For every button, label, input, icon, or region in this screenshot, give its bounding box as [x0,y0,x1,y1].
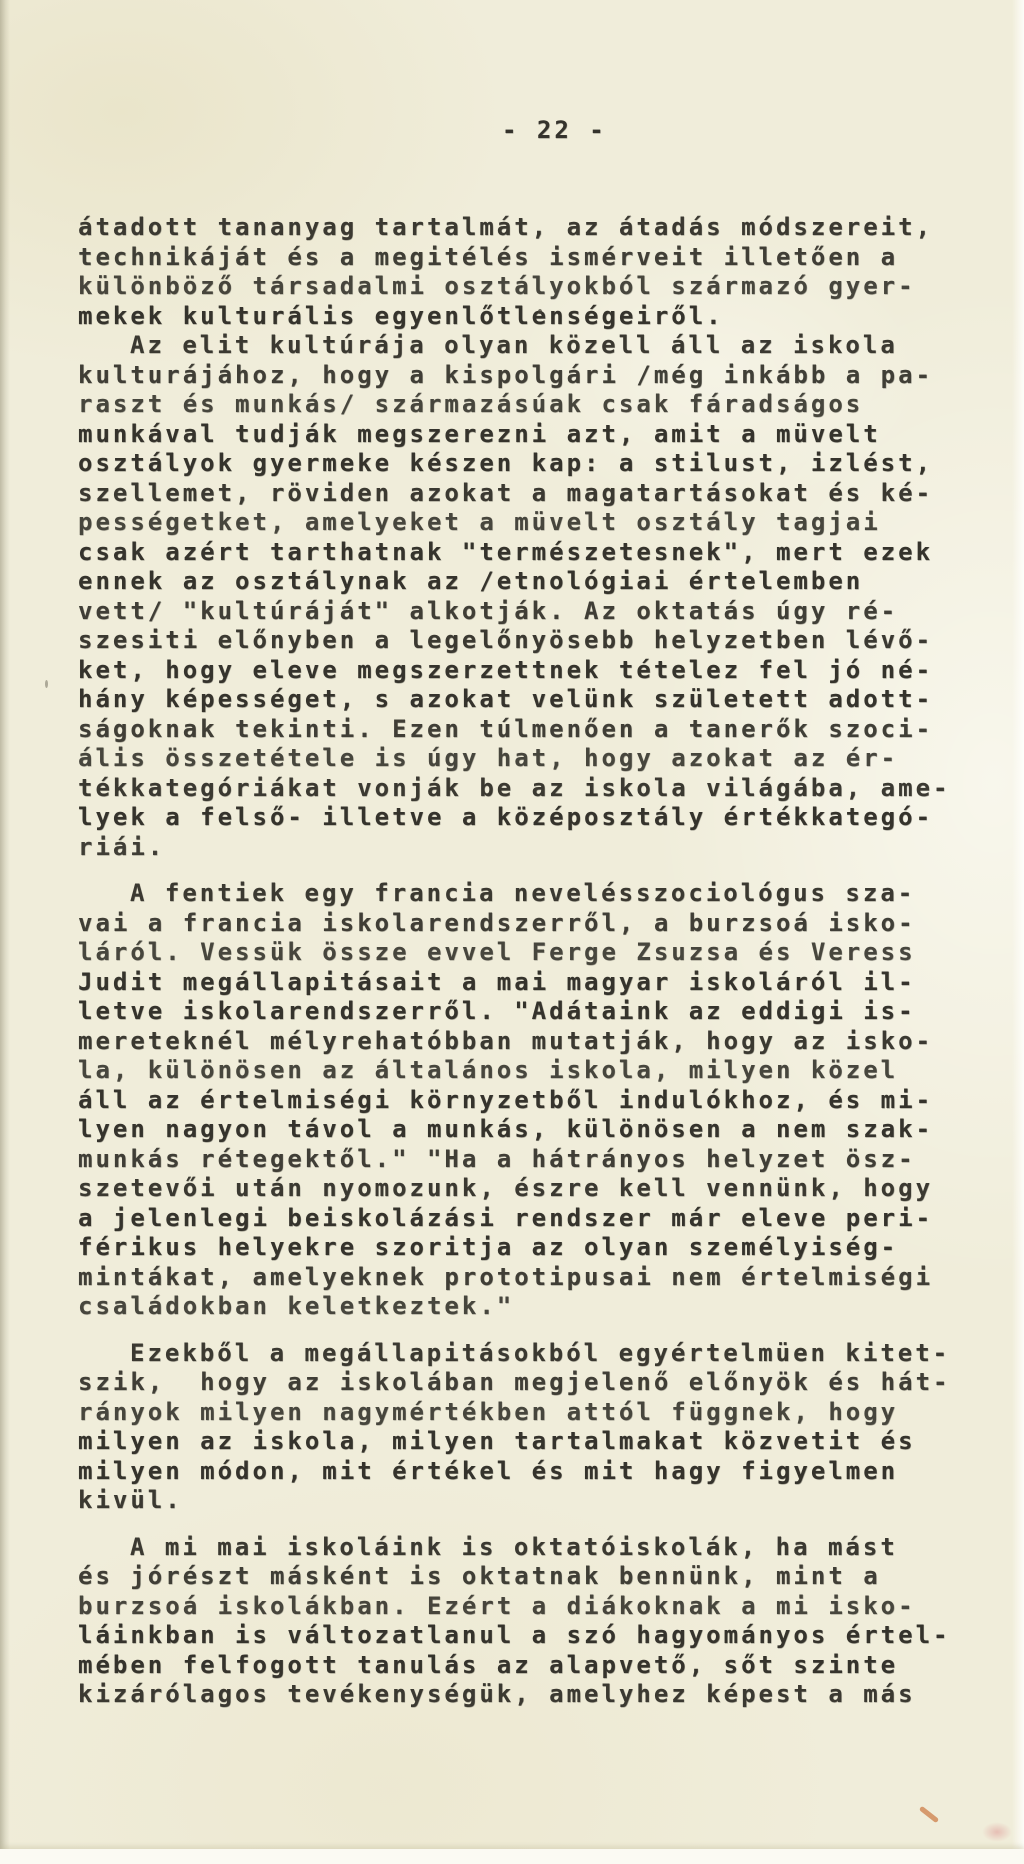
text-line: la, különösen az általános iskola, milye… [78,1056,958,1086]
text-line: riái. [78,833,958,863]
text-line: ságoknak tekinti. Ezen túlmenően a taner… [78,715,958,745]
text-line: vai a francia iskolarendszerről, a burzs… [78,909,958,939]
text-line: milyen az iskola, milyen tartalmakat köz… [78,1427,958,1457]
text-line: átadott tananyag tartalmát, az átadás mó… [78,213,958,243]
scanned-page: - 22 - átadott tananyag tartalmát, az át… [0,0,1024,1864]
text-line: kulturájához, hogy a kispolgári /még ink… [78,361,958,391]
text-line: ális összetétele is úgy hat, hogy azokat… [78,744,958,774]
text-line: vett/ "kultúráját" alkotják. Az oktatás … [78,597,958,627]
text-line: kivül. [78,1486,958,1516]
page-number: - 22 - [502,116,607,144]
text-line: munkás rétegektől." "Ha a hátrányos hely… [78,1145,958,1175]
text-line: mekek kulturális egyenlőtlenségeiről. [78,302,958,332]
text-line: szellemet, röviden azokat a magatartások… [78,479,958,509]
text-line: raszt és munkás/ származásúak csak fárad… [78,390,958,420]
text-line: milyen módon, mit értékel és mit hagy fi… [78,1457,958,1487]
scan-edge-bottom [0,1849,1024,1864]
paragraph: Ezekből a megállapitásokból egyértelmüen… [78,1339,958,1516]
document-body: átadott tananyag tartalmát, az átadás mó… [78,213,958,1710]
text-line: hány képességet, s azokat velünk születe… [78,685,958,715]
text-line: láinkban is változatlanul a szó hagyomán… [78,1621,958,1651]
text-line: mében felfogott tanulás az alapvető, sőt… [78,1651,958,1681]
text-line: tékkategóriákat vonják be az iskola vilá… [78,774,958,804]
text-line: osztályok gyermeke készen kap: a stilust… [78,449,958,479]
scan-artifact-smudge [982,1822,1012,1842]
text-line: technikáját és a megitélés ismérveit ill… [78,243,958,273]
text-line: rányok milyen nagymértékben attól függne… [78,1398,958,1428]
text-line: ket, hogy eleve megszerzettnek tételez f… [78,656,958,686]
text-line: kizárólagos tevékenységük, amelyhez képe… [78,1680,958,1710]
text-line: szik, hogy az iskolában megjelenő előnyö… [78,1368,958,1398]
text-line: a jelenlegi beiskolázási rendszer már el… [78,1204,958,1234]
text-line: burzsoá iskolákban. Ezért a diákoknak a … [78,1592,958,1622]
paragraph: A mi mai iskoláink is oktatóiskolák, ha … [78,1533,958,1710]
text-line: Judit megállapitásait a mai magyar iskol… [78,968,958,998]
text-line: mintákat, amelyeknek prototipusai nem ér… [78,1263,958,1293]
scan-edge-left [0,0,10,1864]
text-line: áll az értelmiségi környzetből indulókho… [78,1086,958,1116]
text-line: lyek a felső- illetve a középosztály ért… [78,803,958,833]
text-line: férikus helyekre szoritja az olyan szemé… [78,1233,958,1263]
text-line: csak azért tarthatnak "természetesnek", … [78,538,958,568]
text-line: családokban keletkeztek." [78,1292,958,1322]
paragraph: átadott tananyag tartalmát, az átadás mó… [78,213,958,331]
text-line: és jórészt másként is oktatnak bennünk, … [78,1562,958,1592]
text-line: szesiti előnyben a legelőnyösebb helyzet… [78,626,958,656]
paragraph: A fentiek egy francia nevelésszociológus… [78,879,958,1322]
text-line: A fentiek egy francia nevelésszociológus… [78,879,958,909]
scan-speck [45,680,48,688]
paragraph: Az elit kultúrája olyan közell áll az is… [78,331,958,862]
scan-speck [538,309,542,314]
text-line: pességetket, amelyeket a müvelt osztály … [78,508,958,538]
text-line: különböző társadalmi osztályokból szárma… [78,272,958,302]
text-line: láról. Vessük össze evvel Ferge Zsuzsa é… [78,938,958,968]
text-line: Ezekből a megállapitásokból egyértelmüen… [78,1339,958,1369]
text-line: mereteknél mélyrehatóbban mutatják, hogy… [78,1027,958,1057]
text-line: lyen nagyon távol a munkás, különösen a … [78,1115,958,1145]
text-line: A mi mai iskoláink is oktatóiskolák, ha … [78,1533,958,1563]
text-line: ennek az osztálynak az /etnológiai értel… [78,567,958,597]
text-line: letve iskolarendszerről. "Adátaink az ed… [78,997,958,1027]
text-line: Az elit kultúrája olyan közell áll az is… [78,331,958,361]
scan-edge-right [1012,0,1024,1864]
text-line: munkával tudják megszerezni azt, amit a … [78,420,958,450]
scan-artifact-mark [919,1806,939,1823]
text-line: szetevői után nyomozunk, észre kell venn… [78,1174,958,1204]
